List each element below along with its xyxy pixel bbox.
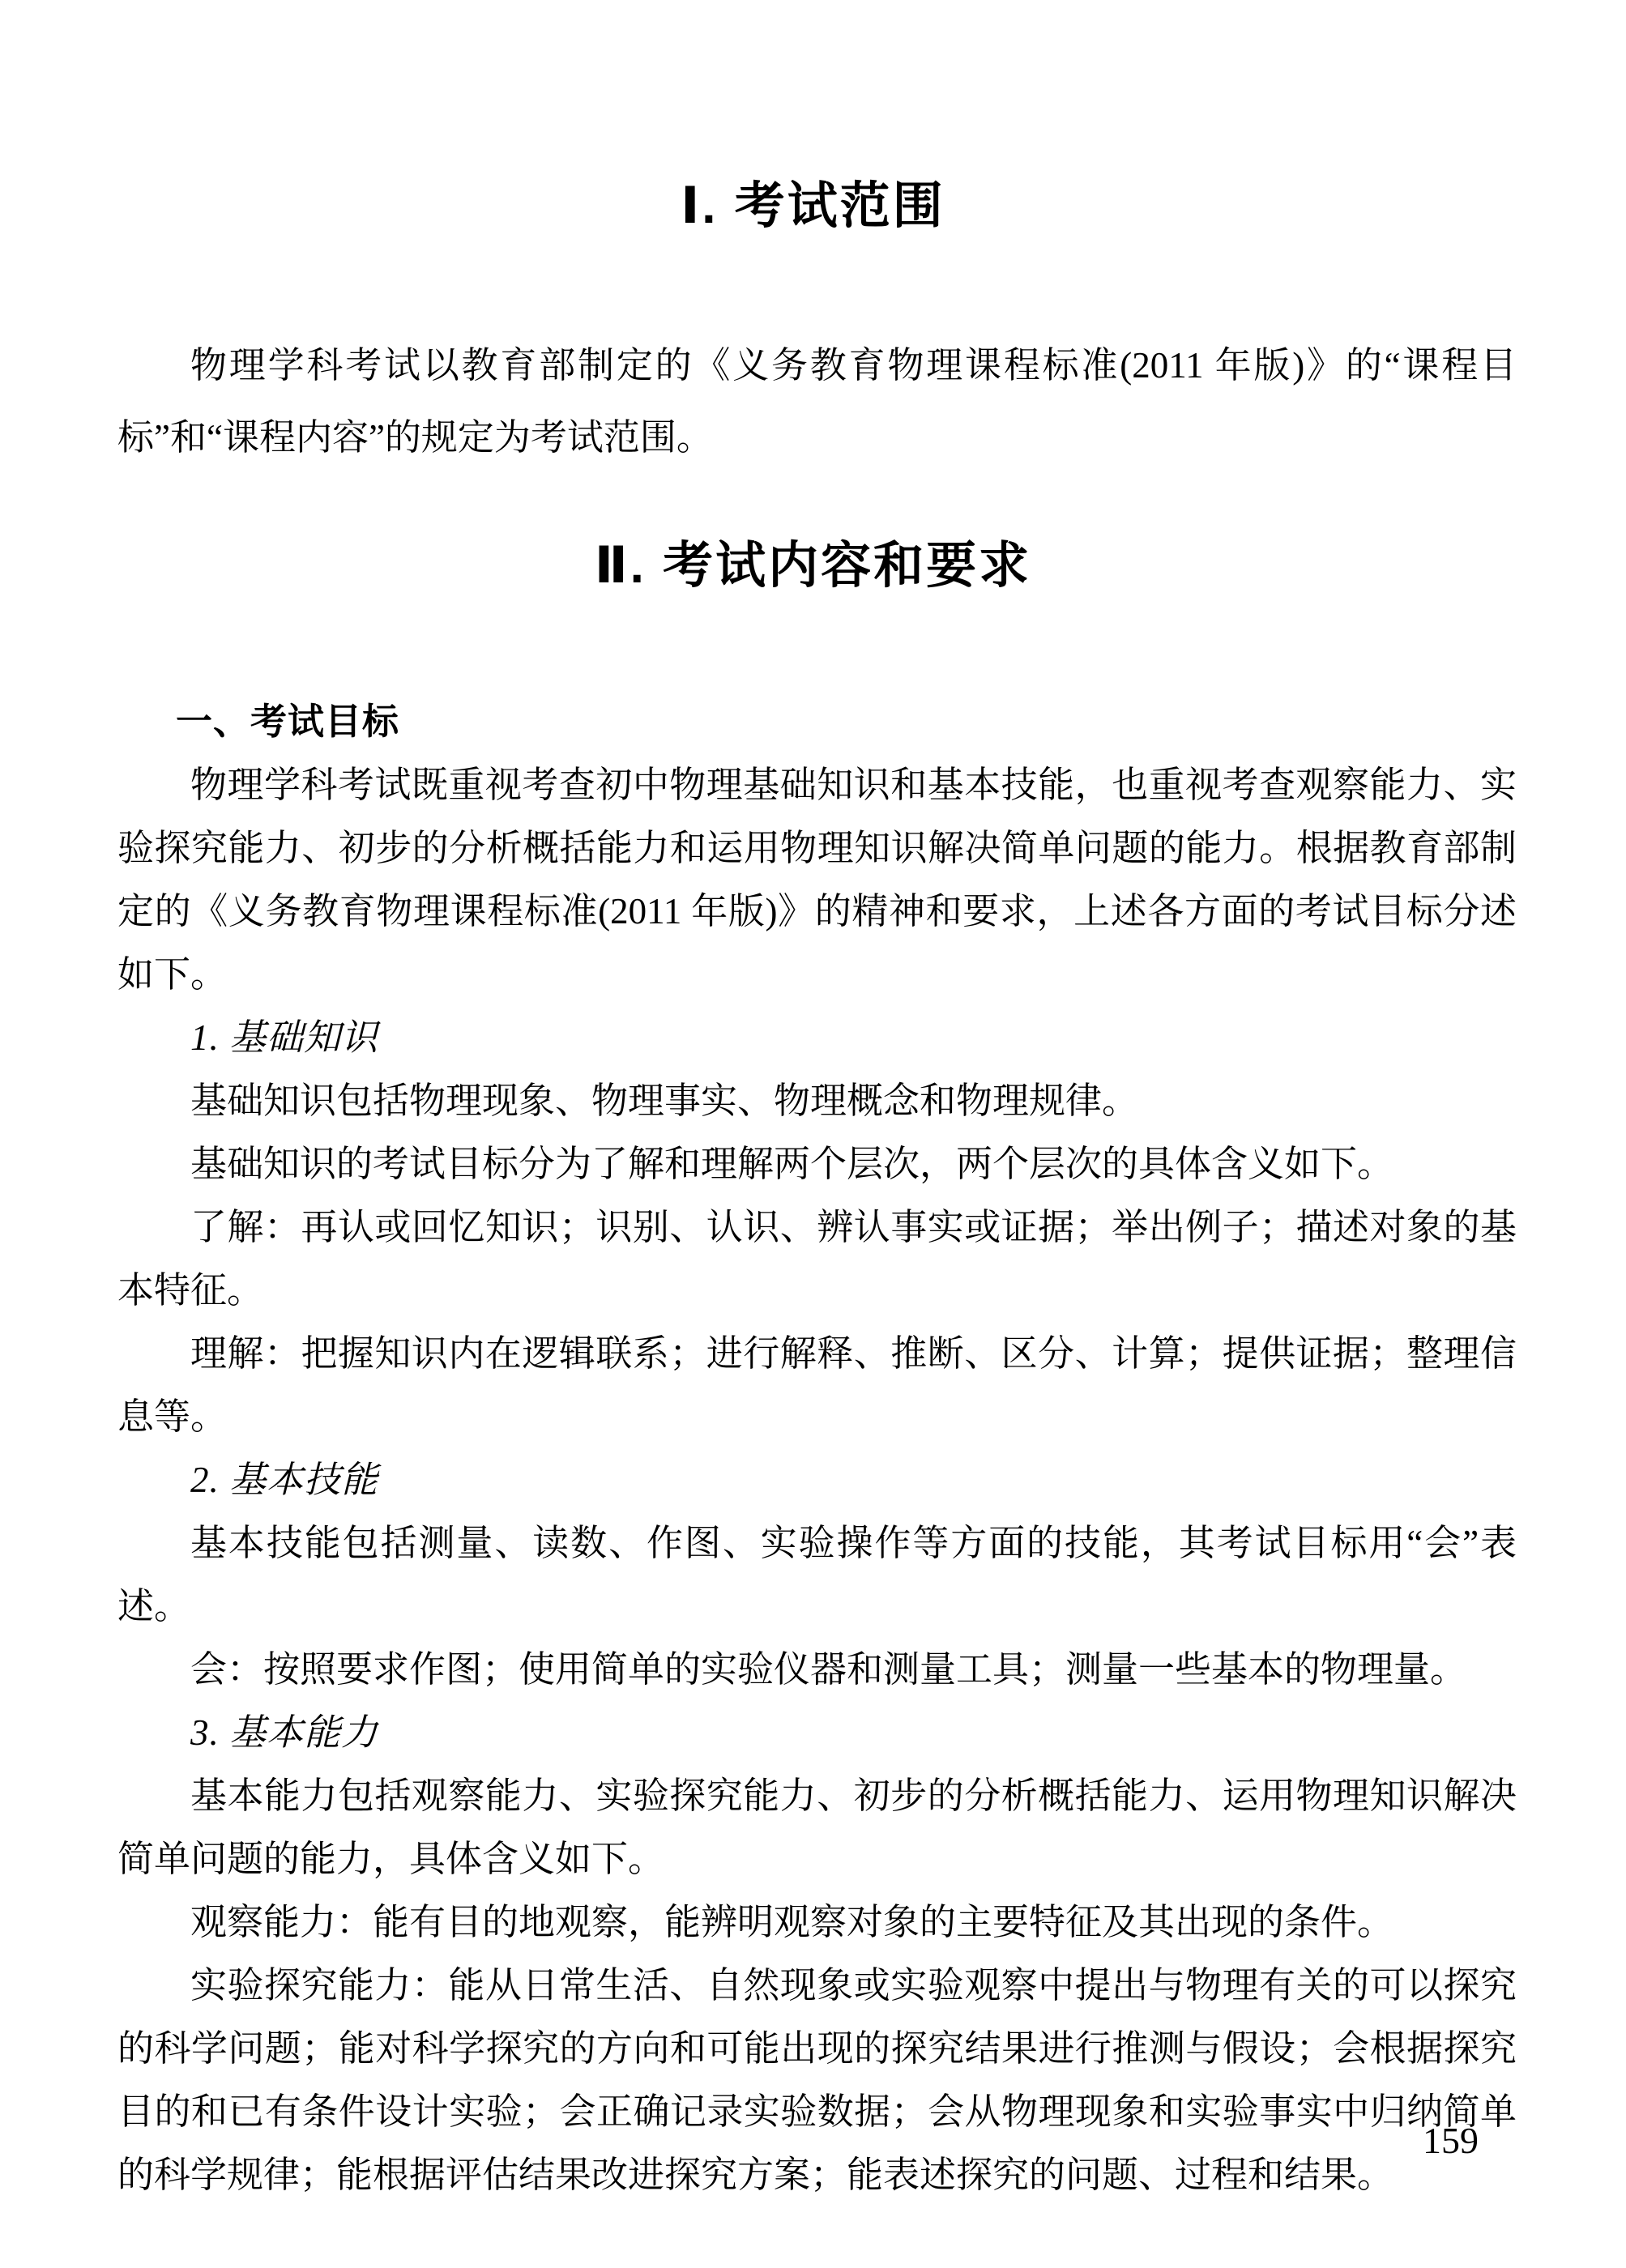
section-2-title: Ⅱ. 考试内容和要求	[0, 538, 1626, 595]
exam-objectives-intro: 物理学科考试既重视考查初中物理基础知识和基本技能，也重视考查观察能力、实验探究能…	[117, 753, 1517, 1006]
section-1-paragraph: 物理学科考试以教育部制定的《义务教育物理课程标准(2011 年版)》的“课程目标…	[117, 330, 1517, 474]
paragraph: 基本技能包括测量、读数、作图、实验操作等方面的技能，其考试目标用“会”表述。	[117, 1511, 1517, 1638]
paragraph: 理解：把握知识内在逻辑联系；进行解释、推断、区分、计算；提供证据；整理信息等。	[117, 1322, 1517, 1448]
paragraph: 实验探究能力：能从日常生活、自然现象或实验观察中提出与物理有关的可以探究的科学问…	[117, 1954, 1517, 2206]
paragraph: 基础知识的考试目标分为了解和理解两个层次，两个层次的具体含义如下。	[117, 1132, 1517, 1196]
paragraph: 基本能力包括观察能力、实验探究能力、初步的分析概括能力、运用物理知识解决简单问题…	[117, 1764, 1517, 1891]
exam-objectives-heading: 一、考试目标	[117, 690, 1517, 753]
subsection-1-label: 1. 基础知识	[117, 1006, 1517, 1069]
section-1-title: Ⅰ. 考试范围	[0, 178, 1626, 235]
subsection-3-label: 3. 基本能力	[117, 1701, 1517, 1764]
paragraph: 基础知识包括物理现象、物理事实、物理概念和物理规律。	[117, 1069, 1517, 1132]
paragraph: 观察能力：能有目的地观察，能辨明观察对象的主要特征及其出现的条件。	[117, 1891, 1517, 1954]
subsection-2-label: 2. 基本技能	[117, 1448, 1517, 1511]
page-number: 159	[1423, 2121, 1479, 2161]
document-page: Ⅰ. 考试范围 物理学科考试以教育部制定的《义务教育物理课程标准(2011 年版…	[0, 0, 1626, 2268]
paragraph: 会：按照要求作图；使用简单的实验仪器和测量工具；测量一些基本的物理量。	[117, 1638, 1517, 1701]
section-2-body: 一、考试目标 物理学科考试既重视考查初中物理基础知识和基本技能，也重视考查观察能…	[117, 690, 1517, 2206]
paragraph: 了解：再认或回忆知识；识别、认识、辨认事实或证据；举出例子；描述对象的基本特征。	[117, 1196, 1517, 1322]
